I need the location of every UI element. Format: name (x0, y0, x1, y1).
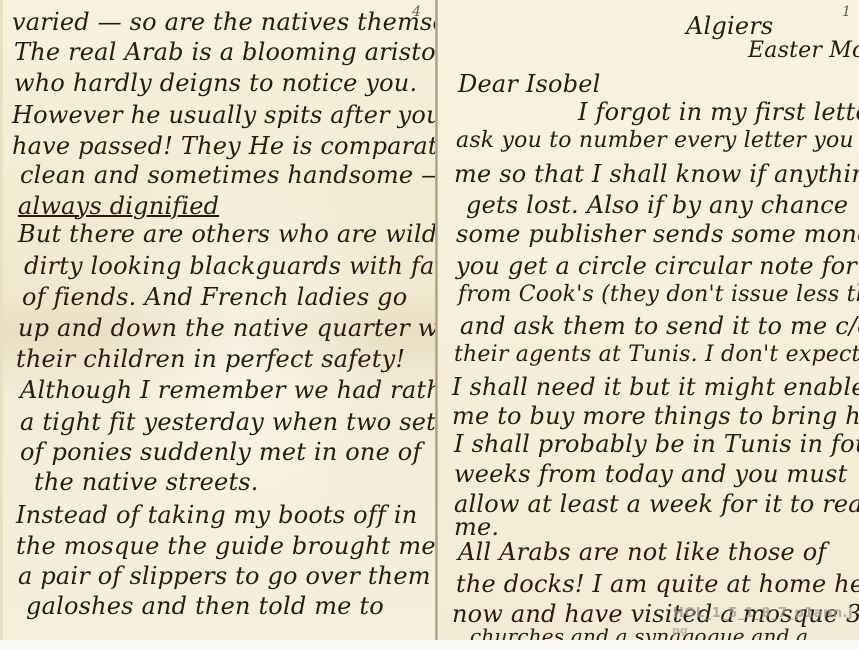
right-page-number: 1 (842, 4, 851, 20)
left-line-14: a tight fit yesterday when two sets (20, 410, 448, 434)
right-line-9: their agents at Tunis. I don't expect th… (454, 344, 859, 366)
right-line-2: ask you to number every letter you send (456, 130, 859, 152)
right-line-13: weeks from today and you must (454, 462, 847, 486)
watermark-extension: pg (672, 624, 688, 637)
watermark-filename: HOL_1_5_1_8_7_p1ann.j (673, 606, 853, 621)
right-line-10: I shall need it but it might enable (452, 375, 859, 399)
right-line-8: and ask them to send it to me c/o of (460, 314, 859, 338)
right-line-3: me so that I shall know if anything (454, 162, 859, 186)
right-line-5: some publisher sends some money would (456, 222, 859, 246)
left-line-18: the mosque the guide brought me (16, 534, 436, 558)
page-edge (0, 0, 3, 640)
right-line-16: All Arabs are not like those of (458, 540, 827, 564)
left-line-3: who hardly deigns to notice you. (14, 71, 417, 95)
left-line-11: up and down the native quarter with (18, 316, 472, 340)
left-line-6: clean and sometimes handsome — (20, 163, 445, 187)
letter-date: Easter Monday (748, 40, 859, 62)
left-line-12: their children in perfect safety! (16, 347, 405, 371)
right-line-7: from Cook's (they don't issue less than … (458, 284, 859, 306)
left-line-19: a pair of slippers to go over them like (18, 564, 483, 588)
left-line-2: The real Arab is a blooming aristocrat (14, 40, 485, 64)
letter-place: Algiers (686, 14, 773, 38)
left-line-15: of ponies suddenly met in one of (20, 440, 422, 464)
left-line-4: However he usually spits after you (12, 103, 442, 127)
scan-bottom-margin (0, 640, 859, 650)
left-line-5-text: have passed! They He is comparatively (12, 132, 495, 160)
right-line-12: I shall probably be in Tunis in four (454, 432, 859, 456)
right-line-11: me to buy more things to bring home. (452, 404, 859, 428)
left-line-16: the native streets. (34, 470, 259, 494)
letter-salutation: Dear Isobel (458, 72, 601, 96)
left-line-20: galoshes and then told me to (26, 594, 384, 618)
right-line-17: the docks! I am quite at home here (456, 572, 859, 596)
left-line-13: Although I remember we had rather (20, 378, 468, 402)
left-line-17: Instead of taking my boots off in (16, 503, 417, 527)
left-line-9: dirty looking blackguards with faces (24, 254, 475, 278)
left-line-7: always dignified (18, 194, 219, 218)
left-line-10: of fiends. And French ladies go (22, 285, 407, 309)
left-line-5: have passed! They He is comparatively (12, 134, 495, 158)
left-line-1: varied — so are the natives themselves (12, 10, 496, 34)
right-line-6: you get a circle circular note for £5 (456, 254, 859, 278)
right-line-14: allow at least a week for it to reach (454, 492, 859, 516)
right-line-1: I forgot in my first letter to (578, 100, 859, 124)
right-line-4: gets lost. Also if by any chance (466, 193, 848, 217)
left-page: 4 varied — so are the natives themselves… (0, 0, 436, 640)
right-line-15: me. (454, 515, 499, 539)
right-page: 1 Algiers Easter Monday Dear Isobel I fo… (438, 0, 859, 640)
letter-scan: 4 varied — so are the natives themselves… (0, 0, 859, 640)
left-line-8: But there are others who are wild (18, 222, 437, 246)
